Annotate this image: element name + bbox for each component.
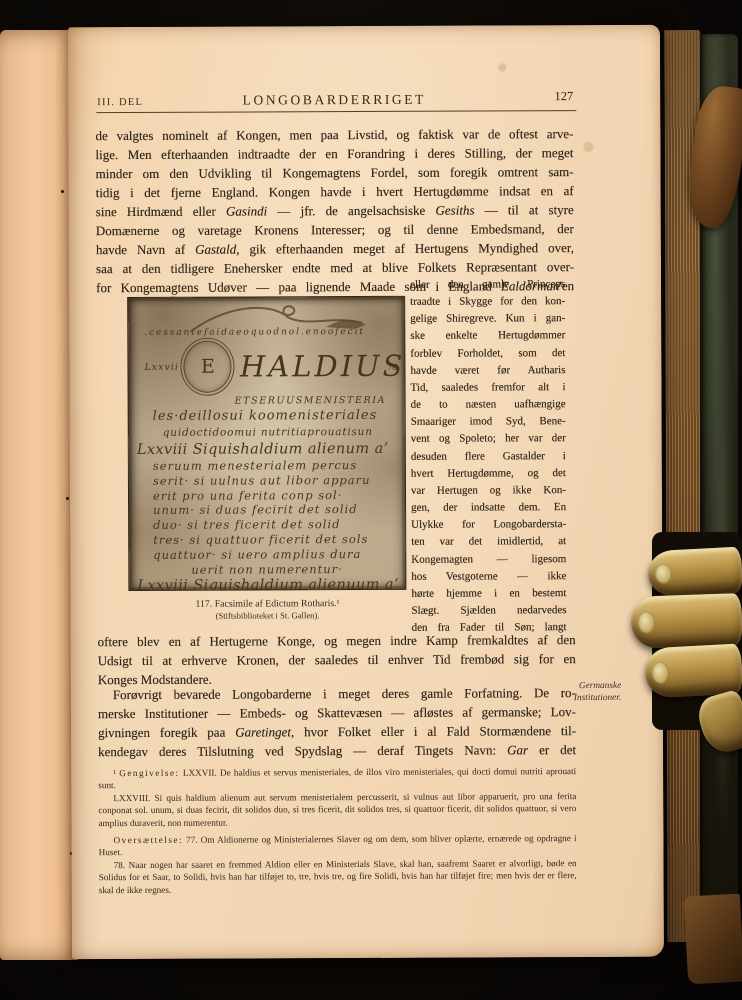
text-line: hos Vestgoterne — ikke bbox=[411, 568, 566, 586]
text-line: Slægt. Sjælden nedarvedes bbox=[411, 602, 566, 620]
figure-caption: 117. Facsimile af Edictum Rotharis.¹ (St… bbox=[128, 598, 406, 621]
text-line: uerit non numerentur· bbox=[191, 561, 391, 577]
binding-dot bbox=[61, 190, 64, 193]
text-line: kendegav deres Tilslutning ved Spydslag … bbox=[98, 740, 576, 761]
text-line: de valgtes nominelt af Kongen, men paa L… bbox=[95, 124, 573, 145]
text-line: gelige Shiregreve. Kun i gan- bbox=[410, 310, 565, 328]
text-line: minder om den Udvikling til Kongemagtens… bbox=[96, 162, 574, 183]
text-line: lige. Men efterhaanden indtraadte der en… bbox=[95, 143, 573, 164]
text-line: sine Hirdmænd eller Gasindi — jfr. de an… bbox=[96, 200, 574, 221]
text-line: saa at den tidligere Enehersker endte me… bbox=[96, 257, 574, 278]
body-paragraph-1: de valgtes nominelt af Kongen, men paa L… bbox=[95, 124, 574, 297]
manuscript-text-lines: etseruusmenisteriales·deillosui koomenis… bbox=[145, 395, 392, 591]
text-line: quattuor· si uero amplius dura bbox=[153, 547, 391, 563]
figure-block: .cessantefaidaeoquodnol.enoofecit Lxxvii… bbox=[127, 296, 406, 621]
gilded-finger-top bbox=[647, 547, 742, 598]
text-line: hørte hjemme i en bestemt bbox=[411, 585, 566, 603]
text-line: tres· si quattuor ficerit det sols bbox=[153, 532, 391, 548]
text-line: havde været før Autharis bbox=[410, 362, 565, 380]
text-line: givningen foregik paa Garetinget, hvor F… bbox=[98, 721, 576, 742]
header-rule bbox=[96, 110, 576, 113]
margin-note: GermanskeInstitutioner. bbox=[574, 681, 658, 704]
book-photograph: III. DEL LONGOBARDERRIGET 127 de valgtes… bbox=[0, 0, 742, 1000]
body-right-column: eller den gamle Princepstraadte i Skygge… bbox=[410, 276, 567, 637]
text-line: de to næsten uafhængige bbox=[411, 396, 566, 414]
manuscript-title-word: HALDIUS bbox=[240, 349, 406, 384]
text-line: Lxxviii Siquishaldium alienuum a’ bbox=[137, 577, 391, 591]
gilded-finger-middle bbox=[630, 593, 742, 649]
text-line: Forøvrigt bevarede Longobarderne i meget… bbox=[98, 683, 576, 704]
text-line: gen, der indsatte dem. En bbox=[411, 499, 566, 517]
text-line: les·deillosui koomenisteriales bbox=[153, 408, 391, 424]
manuscript-facsimile-image: .cessantefaidaeoquodnol.enoofecit Lxxvii… bbox=[127, 296, 406, 591]
facing-page-edge bbox=[0, 30, 78, 960]
text-line: traadte i Skygge for den kon- bbox=[410, 293, 565, 311]
binding-dot bbox=[66, 497, 69, 500]
manuscript-chapter-numeral: Lxxvii bbox=[144, 361, 179, 372]
footnotes-block: ¹ Gengivelse: LXXVII. De haldius et serv… bbox=[98, 765, 577, 896]
text-line: desuden flere Gastalder i bbox=[411, 448, 566, 466]
fingernail bbox=[655, 563, 673, 584]
figure-caption-title: 117. Facsimile af Edictum Rotharis.¹ bbox=[128, 598, 406, 610]
text-line: ske enkelte Hertugdømmer bbox=[410, 328, 565, 346]
book-cover-corner bbox=[684, 894, 742, 985]
body-paragraph-3: Forøvrigt bevarede Longobarderne i meget… bbox=[98, 683, 576, 761]
text-line: var Hertugen og ikke Kon- bbox=[411, 482, 566, 500]
text-line: Oversættelse: 77. Om Aldionerne og Minis… bbox=[98, 832, 576, 859]
text-line: vent og Spoleto; her var der bbox=[411, 431, 566, 449]
text-line: Tid, saaledes fremfor alt i bbox=[411, 379, 566, 397]
text-line: serit· si uulnus aut libor apparu bbox=[153, 473, 391, 489]
figure-caption-source: (Stiftsbiblioteket i St. Gallen). bbox=[129, 610, 407, 621]
gilded-finger-lower bbox=[644, 643, 742, 698]
text-line: eller den gamle Princeps bbox=[410, 276, 565, 294]
text-line: 78. Naar nogen har saaret en fremmed Ald… bbox=[99, 857, 577, 896]
text-line: hvert Hertugdømme, og det bbox=[411, 465, 566, 483]
text-line: unum· si duas fecirit det solid bbox=[153, 502, 391, 518]
manuscript-title-line: Lxxvii E HALDIUS bbox=[144, 338, 390, 395]
text-line: tidig i det fjerne England. Kongen havde… bbox=[96, 181, 574, 202]
body-paragraph-2: oftere blev en af Hertugerne Konge, og m… bbox=[98, 630, 576, 689]
text-line: Domænerne og varetage Kronens Interesser… bbox=[96, 219, 574, 240]
text-line: merske Institutioner — Embeds- og Skatte… bbox=[98, 702, 576, 723]
illuminated-initial: E bbox=[181, 338, 235, 396]
pen-flourish-decoration bbox=[186, 301, 376, 336]
text-line: LXXVIII. Si quis haldium alienum aut ser… bbox=[98, 790, 576, 829]
fingernail bbox=[651, 661, 669, 684]
text-line: Institutioner. bbox=[574, 692, 658, 704]
book-page: III. DEL LONGOBARDERRIGET 127 de valgtes… bbox=[68, 25, 664, 960]
text-line: oftere blev en af Hertugerne Konge, og m… bbox=[98, 630, 576, 651]
text-line: erit pro una ferita conp sol· bbox=[153, 487, 391, 503]
text-line: forblev Forholdet, som det bbox=[410, 345, 565, 363]
text-line: Lxxviii Siquishaldium alienum a’ bbox=[137, 441, 391, 458]
text-line: havde Navn af Gastald, gik efterhaanden … bbox=[96, 238, 574, 259]
header-page-number: 127 bbox=[95, 89, 573, 106]
text-line: Germanske bbox=[579, 681, 658, 693]
text-line: etseruusmenisteria bbox=[235, 395, 391, 407]
text-line: Ulykke for Longobardersta- bbox=[411, 516, 566, 534]
text-line: Smaariger imod Syd, Bene- bbox=[411, 413, 566, 431]
text-line: ten var det imidlertid, at bbox=[411, 533, 566, 551]
text-line: Kongemagten — ligesom bbox=[411, 551, 566, 569]
text-line: quidoctidoomui nutritiaprouatisun bbox=[163, 426, 391, 439]
text-line: seruum menesterialem percus bbox=[153, 458, 391, 474]
text-line: ¹ Gengivelse: LXXVII. De haldius et serv… bbox=[98, 765, 576, 792]
fingernail bbox=[638, 611, 656, 634]
text-line: Udsigt til at erhverve Kronen, der saale… bbox=[98, 649, 576, 670]
text-line: duo· si tres ficerit det solid bbox=[153, 517, 391, 533]
manuscript-folio-mark: 76 bbox=[387, 363, 397, 372]
